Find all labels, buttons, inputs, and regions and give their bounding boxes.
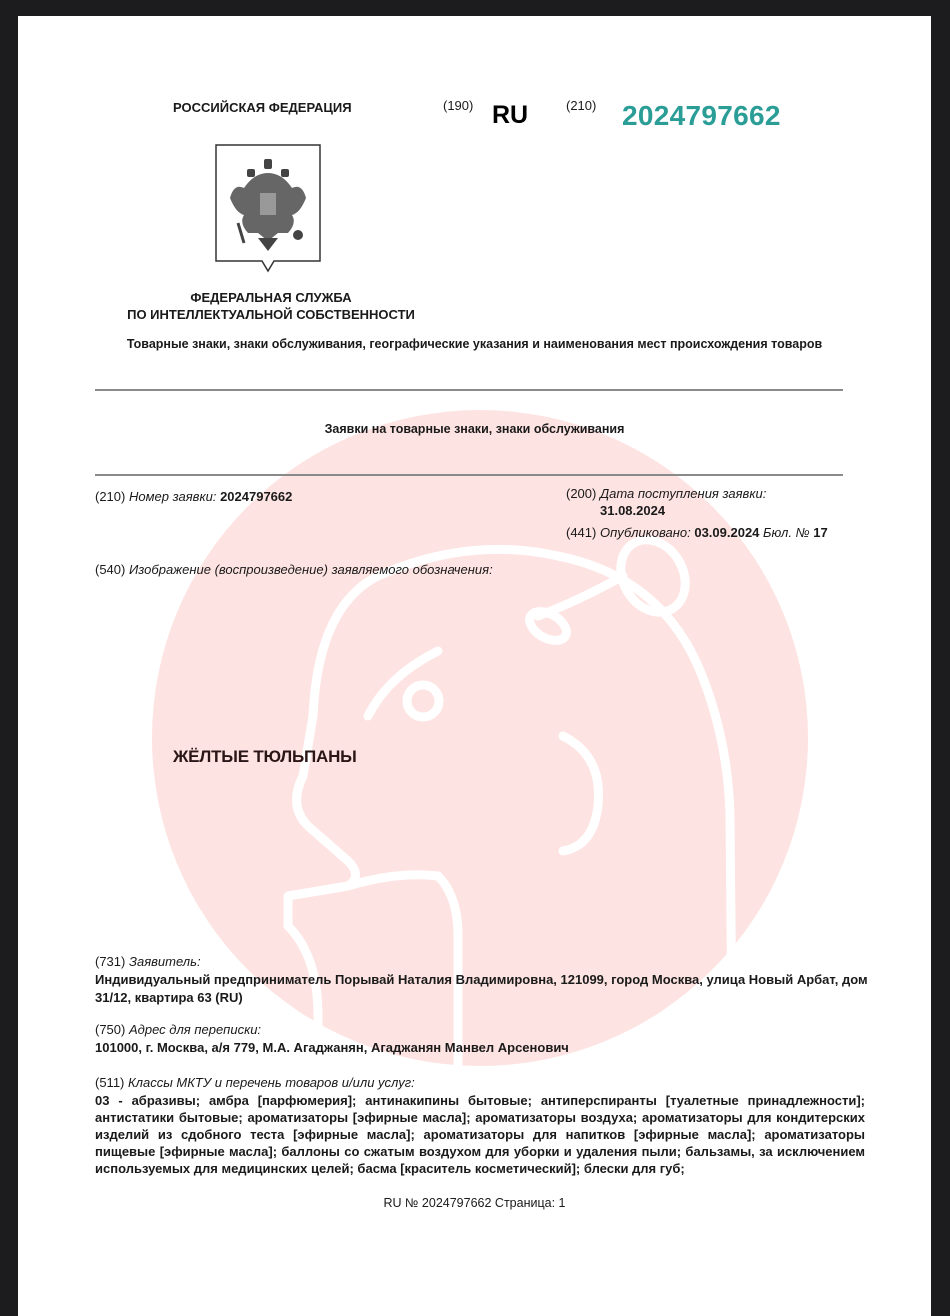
inid-code: (511) — [95, 1075, 124, 1090]
field-application-number: (210) Номер заявки: 2024797662 — [95, 489, 292, 504]
field-label: Опубликовано: — [600, 525, 691, 540]
field-label: Номер заявки: — [129, 489, 216, 504]
agency-line-2: ПО ИНТЕЛЛЕКТУАЛЬНОЙ СОБСТВЕННОСТИ — [116, 306, 426, 323]
correspondence-value: 101000, г. Москва, а/я 779, М.А. Агаджан… — [95, 1040, 569, 1055]
field-filing-date: (200) Дата поступления заявки: — [566, 486, 766, 501]
field-label: Классы МКТУ и перечень товаров и/или усл… — [128, 1075, 415, 1090]
divider — [95, 474, 843, 476]
inid-code: (540) — [95, 562, 125, 577]
bulletin-label: Бюл. № — [763, 525, 810, 540]
field-label: Заявитель: — [129, 954, 201, 969]
field-applicant: (731) Заявитель: — [95, 954, 201, 969]
inid-code: (731) — [95, 954, 125, 969]
field-correspondence-address: (750) Адрес для переписки: — [95, 1022, 261, 1037]
page-footer: RU № 2024797662 Страница: 1 — [18, 1196, 931, 1210]
divider — [95, 389, 843, 391]
agency-name: ФЕДЕРАЛЬНАЯ СЛУЖБА ПО ИНТЕЛЛЕКТУАЛЬНОЙ С… — [116, 289, 426, 323]
applicant-value: Индивидуальный предприниматель Порывай Н… — [95, 971, 875, 1007]
country-name: РОССИЙСКАЯ ФЕДЕРАЦИЯ — [173, 100, 352, 115]
bulletin-number: 17 — [813, 525, 827, 540]
filing-date-value: 31.08.2024 — [600, 503, 665, 518]
inid-code: (210) — [95, 489, 125, 504]
country-code: RU — [492, 101, 528, 130]
inid-code-210: (210) — [566, 98, 596, 113]
inid-code: (750) — [95, 1022, 125, 1037]
field-label: Адрес для переписки: — [129, 1022, 261, 1037]
inid-code-190: (190) — [443, 98, 473, 113]
publication-subtitle: Товарные знаки, знаки обслуживания, геог… — [18, 337, 931, 351]
document-page: РОССИЙСКАЯ ФЕДЕРАЦИЯ (190) RU (210) 2024… — [18, 16, 931, 1280]
inid-code: (441) — [566, 525, 596, 540]
agency-line-1: ФЕДЕРАЛЬНАЯ СЛУЖБА — [116, 289, 426, 306]
field-mark-image: (540) Изображение (воспроизведение) заяв… — [95, 562, 493, 577]
field-published: (441) Опубликовано: 03.09.2024 Бюл. № 17 — [566, 525, 828, 540]
coat-of-arms-icon — [214, 143, 322, 273]
header-application-number: 2024797662 — [622, 100, 781, 132]
section-title: Заявки на товарные знаки, знаки обслужив… — [18, 422, 931, 436]
field-classes: (511) Классы МКТУ и перечень товаров и/и… — [95, 1075, 415, 1090]
published-date: 03.09.2024 — [694, 525, 759, 540]
field-label: Изображение (воспроизведение) заявляемог… — [129, 562, 493, 577]
field-label: Дата поступления заявки: — [600, 486, 766, 501]
document-content: РОССИЙСКАЯ ФЕДЕРАЦИЯ (190) RU (210) 2024… — [18, 16, 931, 1280]
field-value: 2024797662 — [220, 489, 292, 504]
classes-value: 03 - абразивы; амбра [парфюмерия]; антин… — [95, 1092, 865, 1177]
inid-code: (200) — [566, 486, 596, 501]
trademark-text: ЖЁЛТЫЕ ТЮЛЬПАНЫ — [173, 747, 357, 767]
